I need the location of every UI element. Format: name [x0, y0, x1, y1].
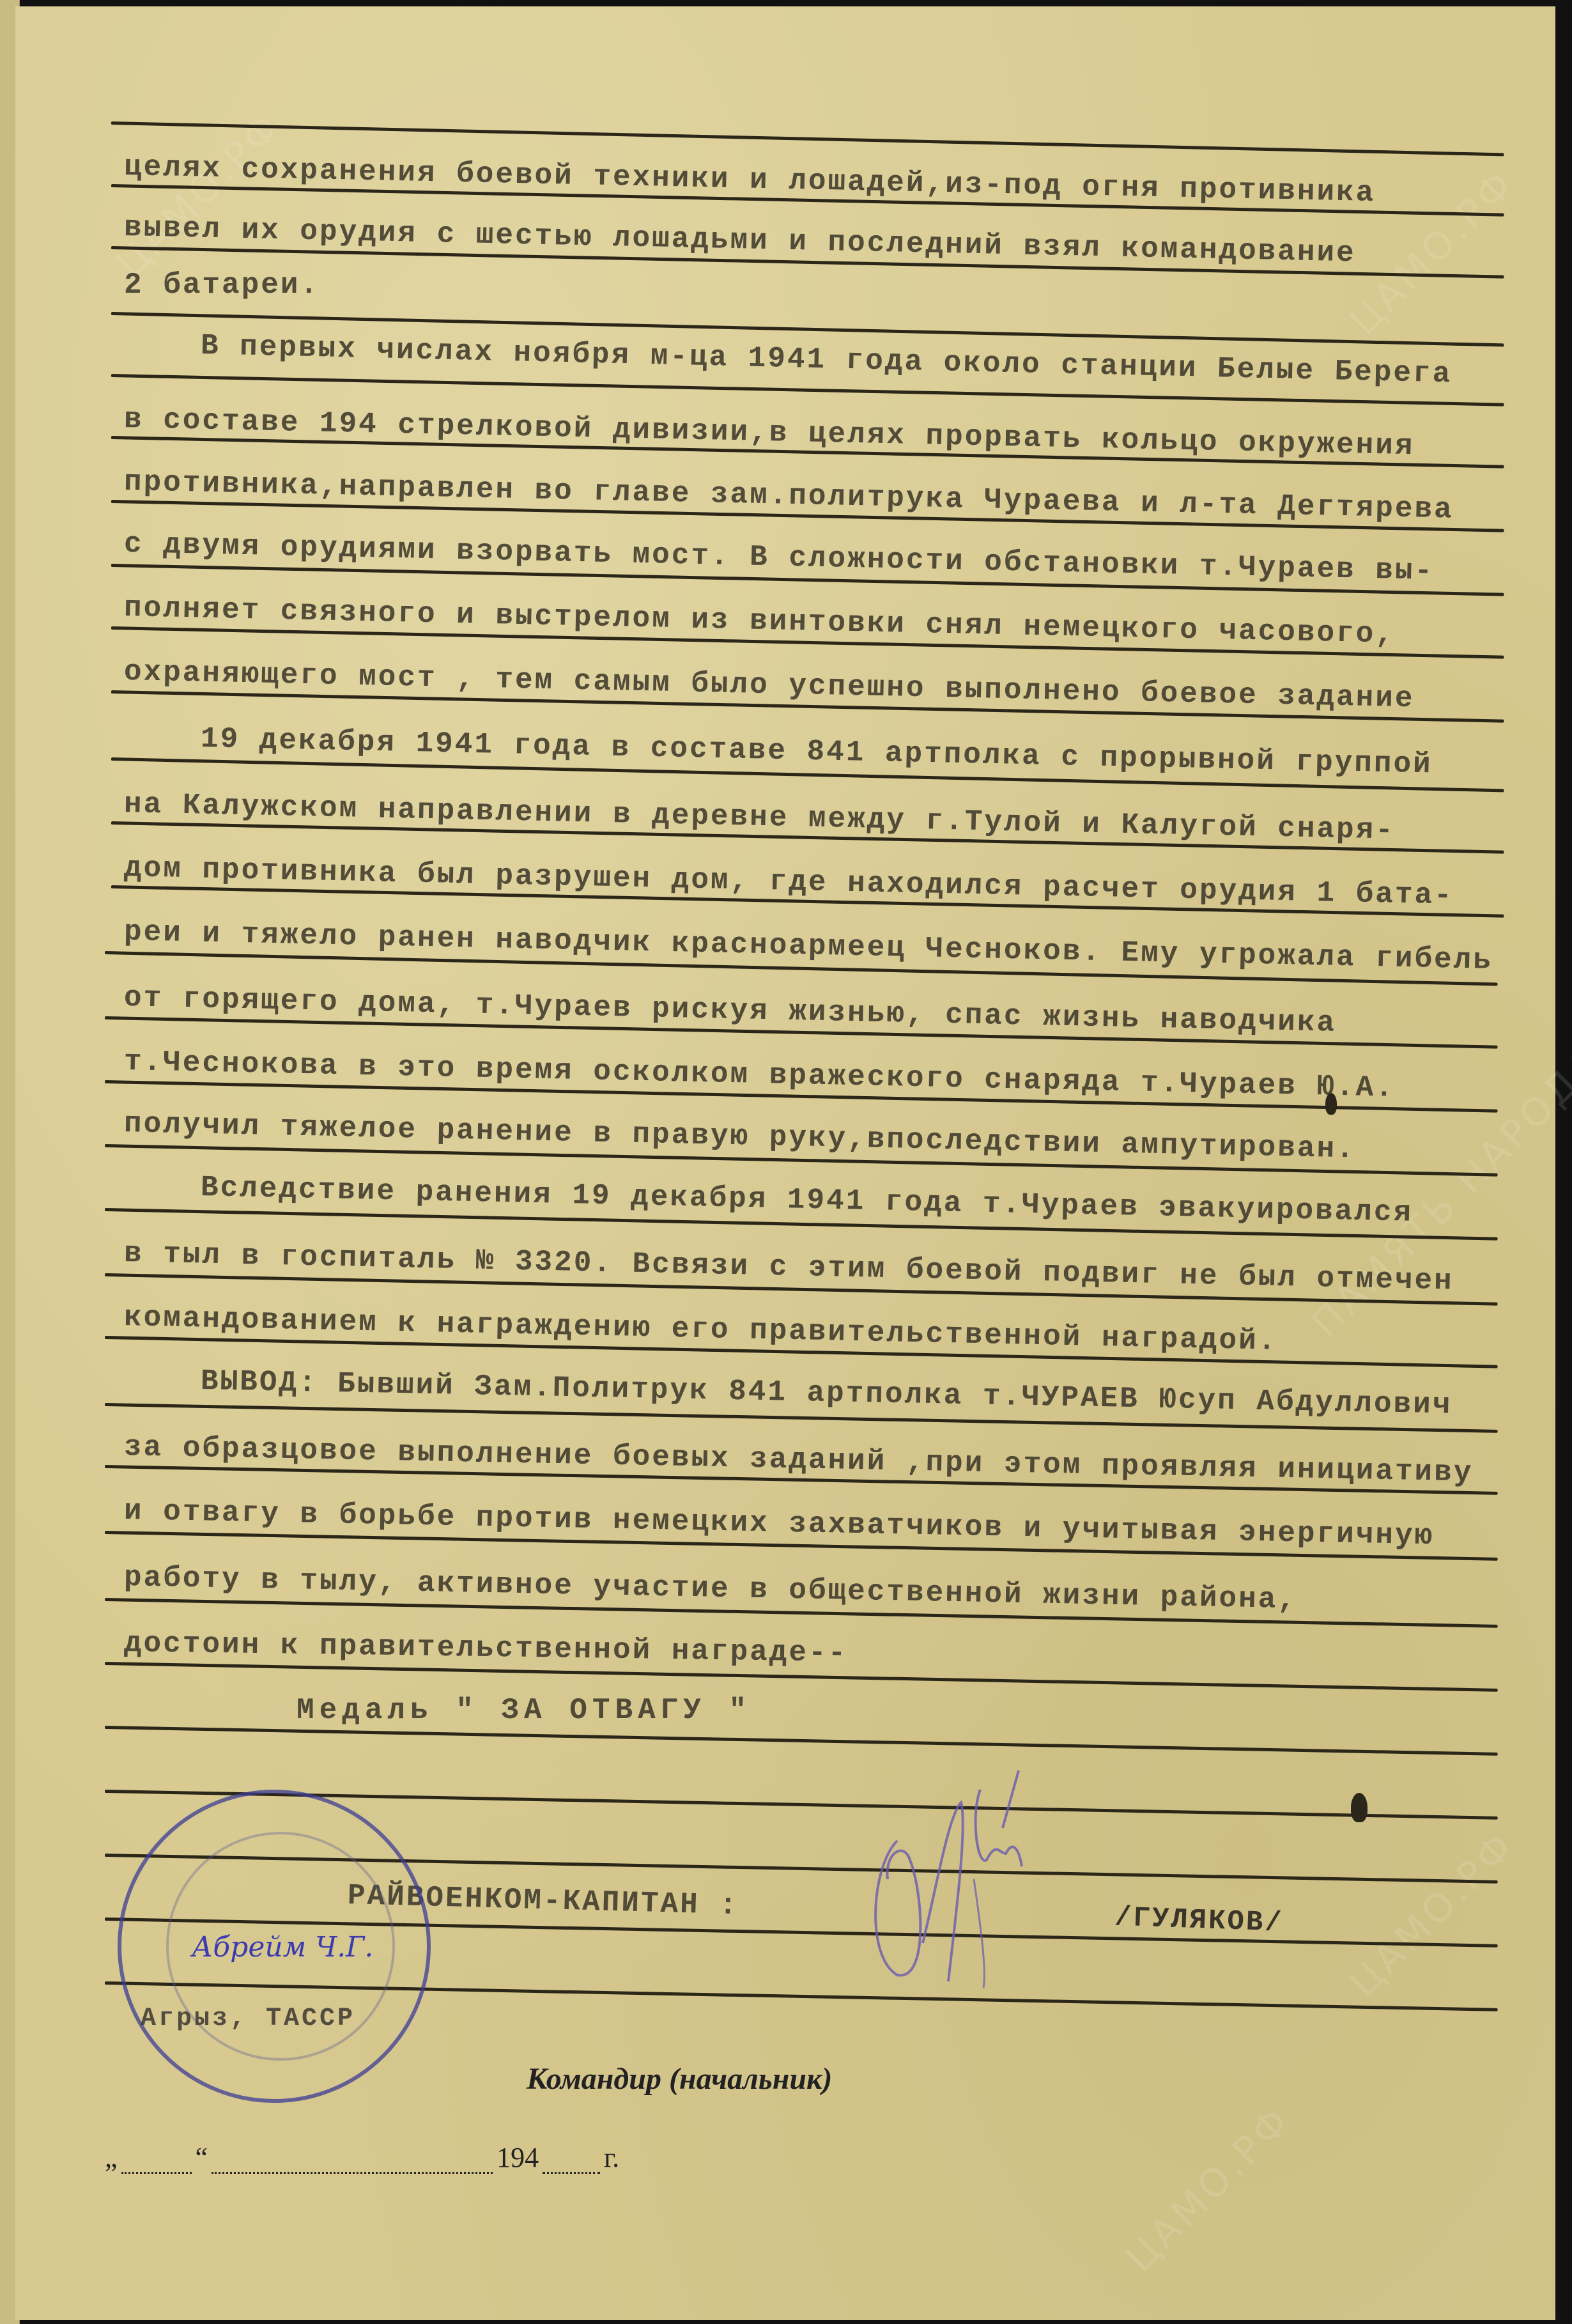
year-suffix: г. [604, 2141, 619, 2174]
commander-label: Командир (начальник) [527, 2061, 832, 2096]
stamp-text: Агрыз, ТАССР [141, 2004, 355, 2033]
text-line: противника,направлен во главе зам.политр… [123, 465, 1454, 527]
text-line: на Калужском направлении в деревне между… [123, 787, 1395, 848]
year-blank [543, 2148, 600, 2174]
official-stamp: Абрейм Ч.Г. Агрыз, ТАССР [118, 1790, 431, 2103]
text-line: целях сохранения боевой техники и лошаде… [123, 150, 1375, 210]
text-line: работу в тылу, активное участие в общест… [124, 1561, 1298, 1616]
text-line: 19 декабря 1941 года в составе 841 артпо… [200, 722, 1433, 781]
ink-blot [1325, 1093, 1337, 1115]
day-blank [121, 2148, 192, 2174]
quote-close: “ [196, 2141, 208, 2174]
quote-open: „ [105, 2141, 118, 2174]
signatory-name: /ГУЛЯКОВ/ [1114, 1902, 1284, 1939]
handwritten-signature [859, 1764, 1127, 1994]
ruled-line [111, 121, 1504, 156]
text-line: достоин к правительственной награде-- [124, 1627, 848, 1670]
year-prefix: 194 [497, 2141, 539, 2174]
conclusion-line: ВЫВОД: Бывший Зам.Политрук 841 артполка … [201, 1365, 1453, 1422]
watermark: ЦАМО.РФ [1341, 1823, 1524, 2006]
award-line: Медаль " ЗА ОТВАГУ " [297, 1694, 751, 1727]
watermark: ЦАМО.РФ [1117, 2098, 1300, 2281]
ink-blot [1351, 1793, 1368, 1822]
date-field: „ “ 194 г. [105, 2141, 619, 2174]
month-blank [212, 2148, 493, 2174]
text-line: в составе 194 стрелковой дивизии,в целях… [123, 403, 1415, 463]
text-line: дом противника был разрушен дом, где нах… [123, 851, 1454, 913]
document-sheet: ЦАМО.РФ ЦАМО.РФ ПАМЯТЬ НАРОДА ЦАМО.РФ ЦА… [15, 6, 1555, 2320]
text-line: 2 батареи. [124, 268, 320, 302]
watermark: ЦАМО.РФ [107, 104, 291, 287]
text-line: Вследствие ранения 19 декабря 1941 года … [200, 1171, 1413, 1230]
ruled-line [105, 1726, 1498, 1756]
stamp-handwritten-signature: Абрейм Ч.Г. [192, 1931, 373, 1964]
